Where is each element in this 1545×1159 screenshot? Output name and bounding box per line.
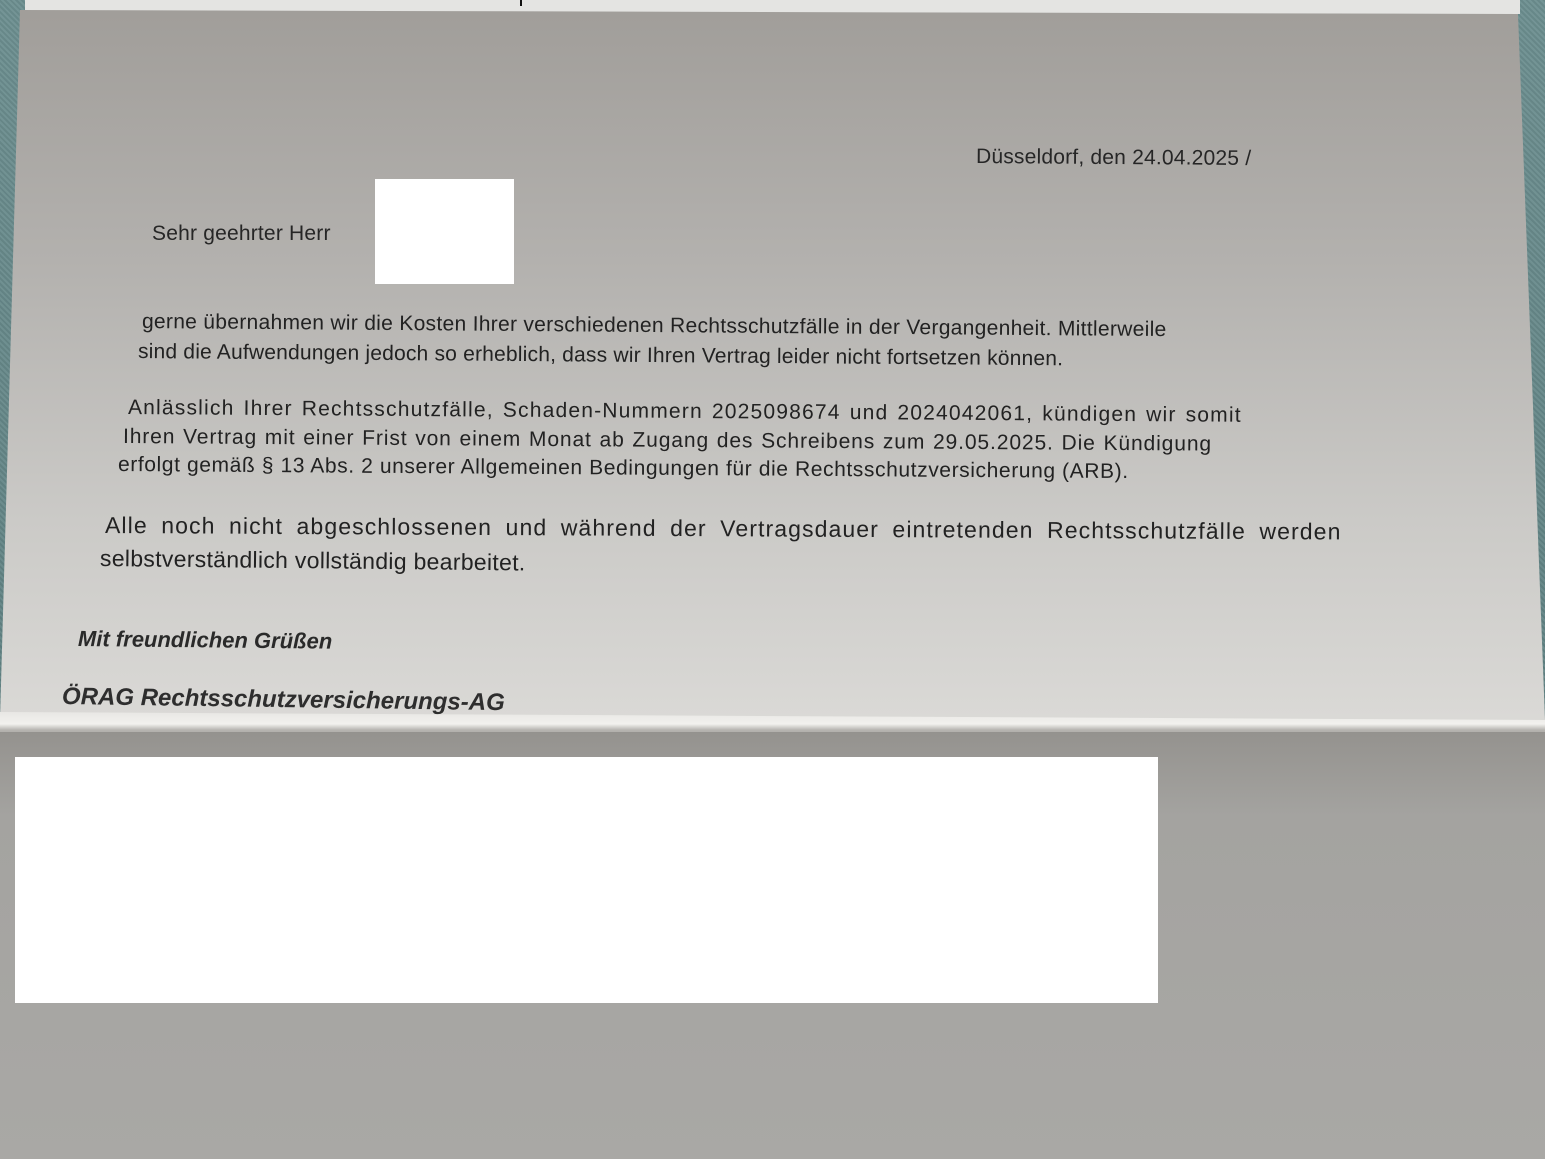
closing-greeting: Mit freundlichen Grüßen (78, 626, 332, 655)
place-date: Düsseldorf, den 24.04.2025 / (976, 145, 1251, 171)
paragraph-line: selbstverständlich vollständig bearbeite… (100, 545, 526, 576)
redacted-signature-block (15, 757, 1158, 1003)
paper-mark (520, 0, 522, 6)
salutation: Sehr geehrter Herr (152, 222, 331, 246)
redacted-name (375, 179, 514, 284)
